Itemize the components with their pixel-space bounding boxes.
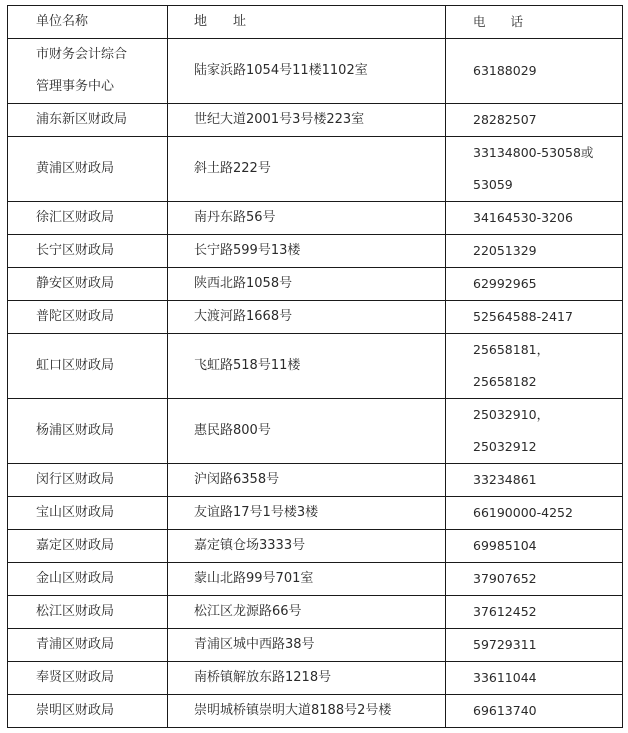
address-cell: 陕西北路1058号: [168, 268, 446, 301]
table-row: 徐汇区财政局南丹东路56号34164530-3206: [8, 202, 623, 235]
address-cell: 世纪大道2001号3号楼223室: [168, 104, 446, 137]
table-row: 静安区财政局陕西北路1058号62992965: [8, 268, 623, 301]
unit-name-cell-line: 嘉定区财政局: [36, 530, 167, 562]
phone-cell: 33611044: [446, 662, 623, 695]
phone-cell-line: 25032910，: [473, 399, 622, 431]
phone-cell-line: 33134800-53058或: [473, 137, 622, 169]
table-row: 黄浦区财政局斜土路222号33134800-53058或53059: [8, 137, 623, 202]
header-phone: 电 话: [446, 6, 623, 39]
table-row: 崇明区财政局崇明城桥镇崇明大道8188号2号楼69613740: [8, 695, 623, 728]
table-row: 宝山区财政局友谊路17号1号楼3楼66190000-4252: [8, 497, 623, 530]
table-row: 普陀区财政局大渡河路1668号52564588-2417: [8, 301, 623, 334]
phone-cell-line: 66190000-4252: [473, 497, 622, 529]
phone-cell-line: 52564588-2417: [473, 301, 622, 333]
unit-name-cell-line: 青浦区财政局: [36, 629, 167, 661]
phone-cell-line: 28282507: [473, 104, 622, 136]
address-cell: 崇明城桥镇崇明大道8188号2号楼: [168, 695, 446, 728]
unit-name-cell: 嘉定区财政局: [8, 530, 168, 563]
phone-cell-line: 63188029: [473, 55, 622, 87]
unit-name-cell-line: 普陀区财政局: [36, 301, 167, 333]
table-row: 杨浦区财政局惠民路800号25032910，25032912: [8, 399, 623, 464]
unit-name-cell: 崇明区财政局: [8, 695, 168, 728]
unit-name-cell-line: 黄浦区财政局: [36, 153, 167, 185]
unit-name-cell: 虹口区财政局: [8, 334, 168, 399]
address-cell: 沪闵路6358号: [168, 464, 446, 497]
phone-cell: 33134800-53058或53059: [446, 137, 623, 202]
address-cell: 惠民路800号: [168, 399, 446, 464]
phone-cell: 25658181，25658182: [446, 334, 623, 399]
unit-name-cell: 闵行区财政局: [8, 464, 168, 497]
address-cell: 青浦区城中西路38号: [168, 629, 446, 662]
unit-name-cell-line: 杨浦区财政局: [36, 415, 167, 447]
table-row: 闵行区财政局沪闵路6358号33234861: [8, 464, 623, 497]
unit-name-cell: 金山区财政局: [8, 563, 168, 596]
table-row: 奉贤区财政局南桥镇解放东路1218号33611044: [8, 662, 623, 695]
phone-cell: 52564588-2417: [446, 301, 623, 334]
phone-cell-line: 25658181，: [473, 334, 622, 366]
address-cell: 飞虹路518号11楼: [168, 334, 446, 399]
phone-cell-line: 34164530-3206: [473, 202, 622, 234]
unit-name-cell: 奉贤区财政局: [8, 662, 168, 695]
unit-name-cell: 松江区财政局: [8, 596, 168, 629]
phone-cell: 25032910，25032912: [446, 399, 623, 464]
phone-cell-line: 69613740: [473, 695, 622, 727]
table-row: 浦东新区财政局世纪大道2001号3号楼223室28282507: [8, 104, 623, 137]
unit-name-cell: 浦东新区财政局: [8, 104, 168, 137]
table-row: 市财务会计综合管理事务中心陆家浜路1054号11楼1102室63188029: [8, 39, 623, 104]
unit-name-cell: 普陀区财政局: [8, 301, 168, 334]
address-cell: 蒙山北路99号701室: [168, 563, 446, 596]
phone-cell: 22051329: [446, 235, 623, 268]
phone-cell-line: 25032912: [473, 431, 622, 463]
address-cell: 松江区龙源路66号: [168, 596, 446, 629]
address-cell: 斜土路222号: [168, 137, 446, 202]
phone-cell-line: 33611044: [473, 662, 622, 694]
table-row: 青浦区财政局青浦区城中西路38号59729311: [8, 629, 623, 662]
phone-cell: 69985104: [446, 530, 623, 563]
phone-cell-line: 37907652: [473, 563, 622, 595]
phone-cell-line: 62992965: [473, 268, 622, 300]
unit-name-cell: 杨浦区财政局: [8, 399, 168, 464]
phone-cell-line: 59729311: [473, 629, 622, 661]
unit-name-cell: 静安区财政局: [8, 268, 168, 301]
phone-cell: 62992965: [446, 268, 623, 301]
unit-name-cell-line: 崇明区财政局: [36, 695, 167, 727]
address-cell: 长宁路599号13楼: [168, 235, 446, 268]
unit-name-cell-line: 浦东新区财政局: [36, 104, 167, 136]
address-cell: 友谊路17号1号楼3楼: [168, 497, 446, 530]
phone-cell-line: 22051329: [473, 235, 622, 267]
header-address: 地 址: [168, 6, 446, 39]
table-row: 长宁区财政局长宁路599号13楼22051329: [8, 235, 623, 268]
unit-name-cell-line: 长宁区财政局: [36, 235, 167, 267]
phone-cell-line: 53059: [473, 169, 622, 201]
unit-name-cell: 青浦区财政局: [8, 629, 168, 662]
unit-name-cell: 黄浦区财政局: [8, 137, 168, 202]
unit-name-cell-line: 闵行区财政局: [36, 464, 167, 496]
unit-name-cell: 宝山区财政局: [8, 497, 168, 530]
phone-cell: 34164530-3206: [446, 202, 623, 235]
phone-cell-line: 37612452: [473, 596, 622, 628]
unit-name-cell-line: 虹口区财政局: [36, 350, 167, 382]
unit-name-cell: 长宁区财政局: [8, 235, 168, 268]
unit-name-cell-line: 宝山区财政局: [36, 497, 167, 529]
table-header-row: 单位名称 地 址 电 话: [8, 6, 623, 39]
header-name: 单位名称: [8, 6, 168, 39]
phone-cell: 66190000-4252: [446, 497, 623, 530]
phone-cell: 33234861: [446, 464, 623, 497]
address-cell: 大渡河路1668号: [168, 301, 446, 334]
phone-cell-line: 33234861: [473, 464, 622, 496]
table-row: 金山区财政局蒙山北路99号701室37907652: [8, 563, 623, 596]
table-row: 嘉定区财政局嘉定镇仓场3333号69985104: [8, 530, 623, 563]
unit-name-cell-line: 静安区财政局: [36, 268, 167, 300]
table-row: 松江区财政局松江区龙源路66号37612452: [8, 596, 623, 629]
address-cell: 陆家浜路1054号11楼1102室: [168, 39, 446, 104]
address-cell: 南桥镇解放东路1218号: [168, 662, 446, 695]
phone-cell: 59729311: [446, 629, 623, 662]
unit-name-cell-line: 市财务会计综合: [36, 39, 167, 71]
unit-name-cell: 徐汇区财政局: [8, 202, 168, 235]
phone-cell-line: 25658182: [473, 366, 622, 398]
phone-cell: 28282507: [446, 104, 623, 137]
phone-cell: 63188029: [446, 39, 623, 104]
table-row: 虹口区财政局飞虹路518号11楼25658181，25658182: [8, 334, 623, 399]
phone-cell: 37612452: [446, 596, 623, 629]
unit-name-cell-line: 金山区财政局: [36, 563, 167, 595]
unit-name-cell-line: 徐汇区财政局: [36, 202, 167, 234]
unit-name-cell: 市财务会计综合管理事务中心: [8, 39, 168, 104]
unit-name-cell-line: 管理事务中心: [36, 71, 167, 103]
finance-bureau-contact-table: 单位名称 地 址 电 话 市财务会计综合管理事务中心陆家浜路1054号11楼11…: [7, 5, 623, 728]
unit-name-cell-line: 奉贤区财政局: [36, 662, 167, 694]
address-cell: 南丹东路56号: [168, 202, 446, 235]
phone-cell: 69613740: [446, 695, 623, 728]
phone-cell: 37907652: [446, 563, 623, 596]
unit-name-cell-line: 松江区财政局: [36, 596, 167, 628]
address-cell: 嘉定镇仓场3333号: [168, 530, 446, 563]
phone-cell-line: 69985104: [473, 530, 622, 562]
